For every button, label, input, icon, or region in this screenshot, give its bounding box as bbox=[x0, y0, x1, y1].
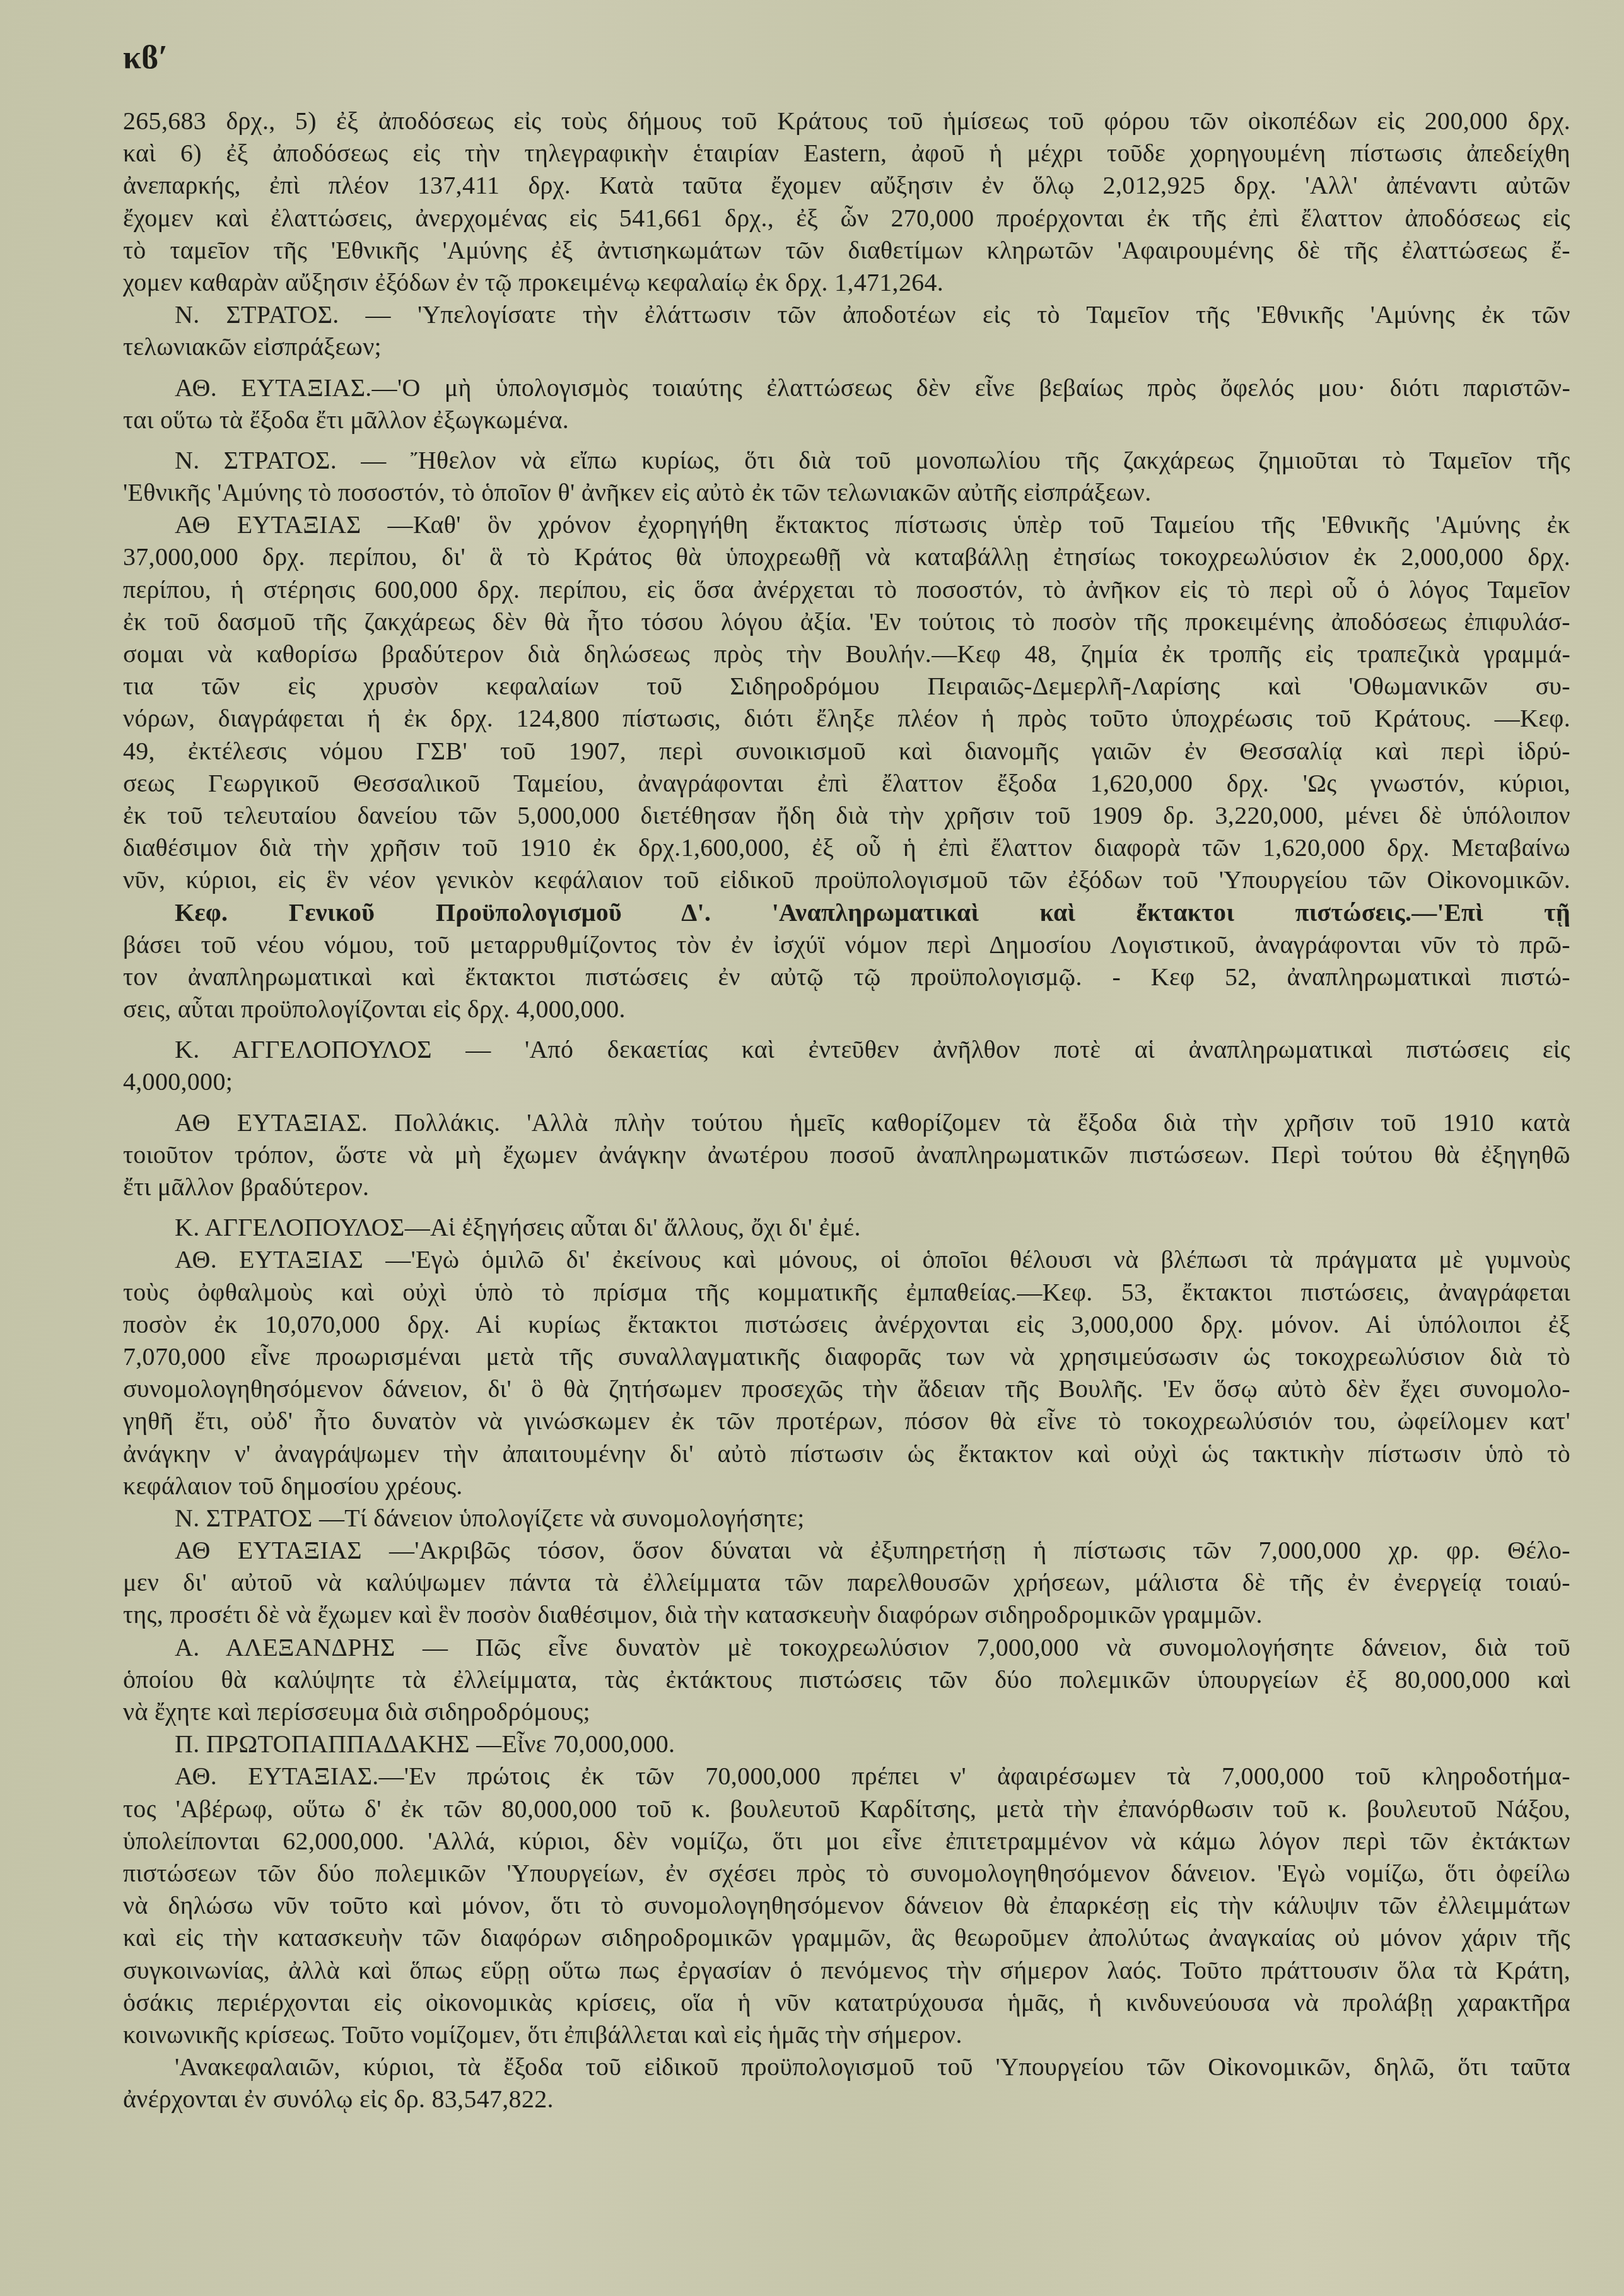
text-line: βάσει τοῦ νέου νόμου, τοῦ μεταρρυθμίζοντ… bbox=[123, 928, 1570, 961]
text-line: ΑΘ. ΕΥΤΑΞΙΑΣ.—'Εν πρώτοις ἐκ τῶν 70,000,… bbox=[123, 1760, 1570, 1792]
text-line: 4,000,000; bbox=[123, 1065, 1570, 1098]
text-line: ἀνέρχονται ἐν συνόλῳ εἰς δρ. 83,547,822. bbox=[123, 2083, 1570, 2115]
text-line: ΑΘ ΕΥΤΑΞΙΑΣ —'Ακριβῶς τόσον, ὅσον δύνατα… bbox=[123, 1534, 1570, 1566]
text-line: περίπου, ἡ στέρησις 600,000 δρχ. περίπου… bbox=[123, 573, 1570, 606]
text-line: ὁποίου θὰ καλύψητε τὰ ἐλλείμματα, τὰς ἐκ… bbox=[123, 1663, 1570, 1696]
text-line: νὰ δηλώσω νῦν τοῦτο καὶ μόνον, ὅτι τὸ συ… bbox=[123, 1889, 1570, 1921]
text-line: νὰ ἔχητε καὶ περίσσευμα διὰ σιδηροδρόμου… bbox=[123, 1696, 1570, 1728]
text-line: γηθῆ ἔτι, οὐδ' ἦτο δυνατὸν νὰ γινώσκωμεν… bbox=[123, 1405, 1570, 1437]
text-line: 'Εθνικῆς 'Αμύνης τὸ ποσοστόν, τὸ ὁποῖον … bbox=[123, 476, 1570, 508]
text-line: 7,070,000 εἶνε προωρισμέναι μετὰ τῆς συν… bbox=[123, 1340, 1570, 1373]
text-line: σεις, αὗται προϋπολογίζονται εἰς δρχ. 4,… bbox=[123, 993, 1570, 1025]
text-line: κεφάλαιον τοῦ δημοσίου χρέους. bbox=[123, 1470, 1570, 1502]
text-line: τος 'Αβέρωφ, οὕτω δ' ἐκ τῶν 80,000,000 τ… bbox=[123, 1793, 1570, 1825]
text-line: ται οὕτω τὰ ἔξοδα ἔτι μᾶλλον ἐξωγκωμένα. bbox=[123, 404, 1570, 436]
text-line: 265,683 δρχ., 5) ἐξ ἀποδόσεως εἰς τοὺς δ… bbox=[123, 105, 1570, 137]
text-line: Α. ΑΛΕΞΑΝΔΡΗΣ — Πῶς εἶνε δυνατὸν μὲ τοκο… bbox=[123, 1631, 1570, 1663]
document-body: 265,683 δρχ., 5) ἐξ ἀποδόσεως εἰς τοὺς δ… bbox=[123, 105, 1570, 2115]
text-line: ποσὸν ἐκ 10,070,000 δρχ. Αἱ κυρίως ἔκτακ… bbox=[123, 1308, 1570, 1340]
paragraph-gap bbox=[123, 363, 1570, 372]
text-line: ΑΘ. ΕΥΤΑΞΙΑΣ —'Εγὼ ὁμιλῶ δι' ἐκείνους κα… bbox=[123, 1243, 1570, 1275]
text-line: καὶ 6) ἐξ ἀποδόσεως εἰς τὴν τηλεγραφικὴν… bbox=[123, 137, 1570, 169]
text-line: μεν δι' αὐτοῦ νὰ καλύψωμεν πάντα τὰ ἐλλε… bbox=[123, 1566, 1570, 1598]
text-line: ΑΘ ΕΥΤΑΞΙΑΣ —Καθ' ὃν χρόνον ἐχορηγήθη ἔκ… bbox=[123, 508, 1570, 541]
text-line: 'Ανακεφαλαιῶν, κύριοι, τὰ ἔξοδα τοῦ εἰδι… bbox=[123, 2051, 1570, 2083]
text-line: 49, ἐκτέλεσις νόμου ΓΣΒ' τοῦ 1907, περὶ … bbox=[123, 735, 1570, 767]
text-line: Ν. ΣΤΡΑΤΟΣ —Τί δάνειον ὑπολογίζετε νὰ συ… bbox=[123, 1502, 1570, 1534]
text-line: τοιοῦτον τρόπον, ὥστε νὰ μὴ ἔχωμεν ἀνάγκ… bbox=[123, 1139, 1570, 1171]
text-line: Ν. ΣΤΡΑΤΟΣ. — Ἤθελον νὰ εἴπω κυρίως, ὅτι… bbox=[123, 444, 1570, 476]
text-line: της, προσέτι δὲ νὰ ἔχωμεν καὶ ἓν ποσὸν δ… bbox=[123, 1598, 1570, 1631]
text-line: σομαι νὰ καθορίσω βραδύτερον διὰ δηλώσεω… bbox=[123, 638, 1570, 670]
text-line: συνομολογηθησόμενον δάνειον, δι' ὃ θὰ ζη… bbox=[123, 1373, 1570, 1405]
paragraph-gap bbox=[123, 1098, 1570, 1106]
text-line: ὁσάκις περιέρχονται εἰς οἰκονομικὰς κρίσ… bbox=[123, 1986, 1570, 2018]
text-line: τοὺς ὀφθαλμοὺς καὶ οὐχὶ ὑπὸ τὸ πρίσμα τῆ… bbox=[123, 1276, 1570, 1308]
text-line: Π. ΠΡΩΤΟΠΑΠΠΑΔΑΚΗΣ —Εἶνε 70,000,000. bbox=[123, 1728, 1570, 1760]
text-line: ἐκ τοῦ δασμοῦ τῆς ζακχάρεως δὲν θὰ ἦτο τ… bbox=[123, 606, 1570, 638]
text-line: ΑΘ ΕΥΤΑΞΙΑΣ. Πολλάκις. 'Αλλὰ πλὴν τούτου… bbox=[123, 1106, 1570, 1139]
paragraph-gap bbox=[123, 436, 1570, 444]
text-line: διαθέσιμον διὰ τὴν χρῆσιν τοῦ 1910 ἐκ δρ… bbox=[123, 831, 1570, 864]
text-line: κοινωνικῆς κρίσεως. Τοῦτο νομίζομεν, ὅτι… bbox=[123, 2018, 1570, 2051]
text-line: ἔχομεν καὶ ἐλαττώσεις, ἀνερχομένας εἰς 5… bbox=[123, 202, 1570, 234]
text-line: πιστώσεων τῶν δύο πολεμικῶν 'Υπουργείων,… bbox=[123, 1857, 1570, 1889]
section-heading-line: Κεφ. Γενικοῦ Προϋπολογισμοῦ Δ'. 'Αναπληρ… bbox=[123, 896, 1570, 928]
text-line: σεως Γεωργικοῦ Θεσσαλικοῦ Ταμείου, ἀναγρ… bbox=[123, 767, 1570, 799]
text-line: νόρων, διαγράφεται ἡ ἐκ δρχ. 124,800 πίσ… bbox=[123, 702, 1570, 734]
text-line: τια τῶν εἰς χρυσὸν κεφαλαίων τοῦ Σιδηροδ… bbox=[123, 670, 1570, 702]
paragraph-gap bbox=[123, 1203, 1570, 1211]
text-line: ἀνεπαρκής, ἐπὶ πλέον 137,411 δρχ. Κατὰ τ… bbox=[123, 169, 1570, 201]
text-line: ὑπολείπονται 62,000,000. 'Αλλά, κύριοι, … bbox=[123, 1825, 1570, 1857]
text-line: 37,000,000 δρχ. περίπου, δι' ἃ τὸ Κράτος… bbox=[123, 541, 1570, 573]
text-line: ΑΘ. ΕΥΤΑΞΙΑΣ.—'Ο μὴ ὑπολογισμὸς τοιαύτης… bbox=[123, 372, 1570, 404]
text-line: ἀνάγκην ν' ἀναγράψωμεν τὴν ἀπαιτουμένην … bbox=[123, 1438, 1570, 1470]
text-line: συγκοινωνίας, ἀλλὰ καὶ ὅπως εὕρῃ οὕτω πω… bbox=[123, 1954, 1570, 1986]
text-line: ἐκ τοῦ τελευταίου δανείου τῶν 5,000,000 … bbox=[123, 799, 1570, 831]
text-line: Ν. ΣΤΡΑΤΟΣ. — 'Υπελογίσατε τὴν ἐλάττωσιν… bbox=[123, 298, 1570, 331]
text-line: τελωνιακῶν εἰσπράξεων; bbox=[123, 331, 1570, 363]
paragraph-gap bbox=[123, 1025, 1570, 1033]
text-line: τον ἀναπληρωματικαὶ καὶ ἔκτακτοι πιστώσε… bbox=[123, 961, 1570, 993]
text-line: Κ. ΑΓΓΕΛΟΠΟΥΛΟΣ — 'Από δεκαετίας καὶ ἐντ… bbox=[123, 1033, 1570, 1065]
page-number: κϐ′ bbox=[123, 39, 168, 76]
text-line: χομεν καθαρὰν αὔξησιν ἐξόδων ἐν τῷ προκε… bbox=[123, 266, 1570, 298]
text-line: ἔτι μᾶλλον βραδύτερον. bbox=[123, 1171, 1570, 1203]
text-line: τὸ ταμεῖον τῆς 'Εθνικῆς 'Αμύνης ἐξ ἀντισ… bbox=[123, 234, 1570, 266]
text-line: νῦν, κύριοι, εἰς ἓν νέον γενικὸν κεφάλαι… bbox=[123, 864, 1570, 896]
text-line: καὶ εἰς τὴν κατασκευὴν τῶν διαφόρων σιδη… bbox=[123, 1921, 1570, 1953]
text-line: Κ. ΑΓΓΕΛΟΠΟΥΛΟΣ—Αἱ ἐξηγήσεις αὗται δι' ἄ… bbox=[123, 1211, 1570, 1243]
